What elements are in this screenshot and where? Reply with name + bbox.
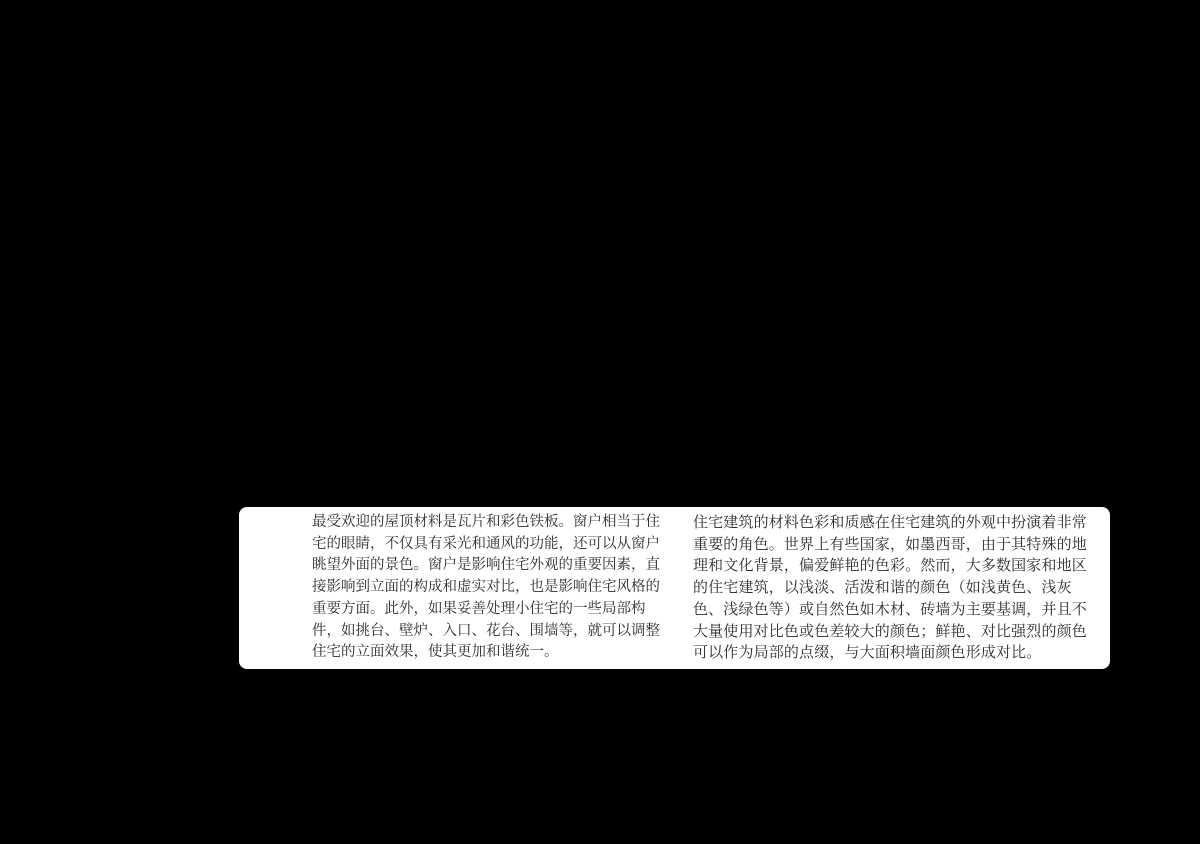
text-line: 最受欢迎的屋顶材料是瓦片和彩色铁板。窗户相当于住: [312, 512, 668, 534]
text-line: 色、浅绿色等）或自然色如木材、砖墙为主要基调，并且不: [693, 599, 1088, 621]
text-line: 接影响到立面的构成和虚实对比，也是影响住宅风格的: [312, 577, 668, 599]
text-column-right: 住宅建筑的材料色彩和质感在住宅建筑的外观中扮演着非常重要的角色。世界上有些国家，…: [693, 512, 1088, 664]
page-background: 最受欢迎的屋顶材料是瓦片和彩色铁板。窗户相当于住宅的眼睛，不仅具有采光和通风的功…: [0, 0, 1200, 844]
text-line: 重要方面。此外，如果妥善处理小住宅的一些局部构: [312, 599, 668, 621]
text-line: 的住宅建筑，以浅淡、活泼和谐的颜色（如浅黄色、浅灰: [693, 577, 1088, 599]
text-line: 理和文化背景，偏爱鲜艳的色彩。然而，大多数国家和地区: [693, 555, 1088, 577]
text-line: 重要的角色。世界上有些国家，如墨西哥，由于其特殊的地: [693, 534, 1088, 556]
text-line: 住宅建筑的材料色彩和质感在住宅建筑的外观中扮演着非常: [693, 512, 1088, 534]
text-line: 住宅的立面效果，使其更加和谐统一。: [312, 642, 668, 664]
text-column-left: 最受欢迎的屋顶材料是瓦片和彩色铁板。窗户相当于住宅的眼睛，不仅具有采光和通风的功…: [312, 512, 668, 664]
text-line: 可以作为局部的点缀，与大面积墙面颜色形成对比。: [693, 642, 1088, 664]
text-line: 件，如挑台、壁炉、入口、花台、围墙等，就可以调整: [312, 621, 668, 643]
text-line: 大量使用对比色或色差较大的颜色；鲜艳、对比强烈的颜色: [693, 621, 1088, 643]
document-card: 最受欢迎的屋顶材料是瓦片和彩色铁板。窗户相当于住宅的眼睛，不仅具有采光和通风的功…: [239, 507, 1110, 669]
text-line: 宅的眼睛，不仅具有采光和通风的功能，还可以从窗户: [312, 534, 668, 556]
text-line: 眺望外面的景色。窗户是影响住宅外观的重要因素，直: [312, 555, 668, 577]
